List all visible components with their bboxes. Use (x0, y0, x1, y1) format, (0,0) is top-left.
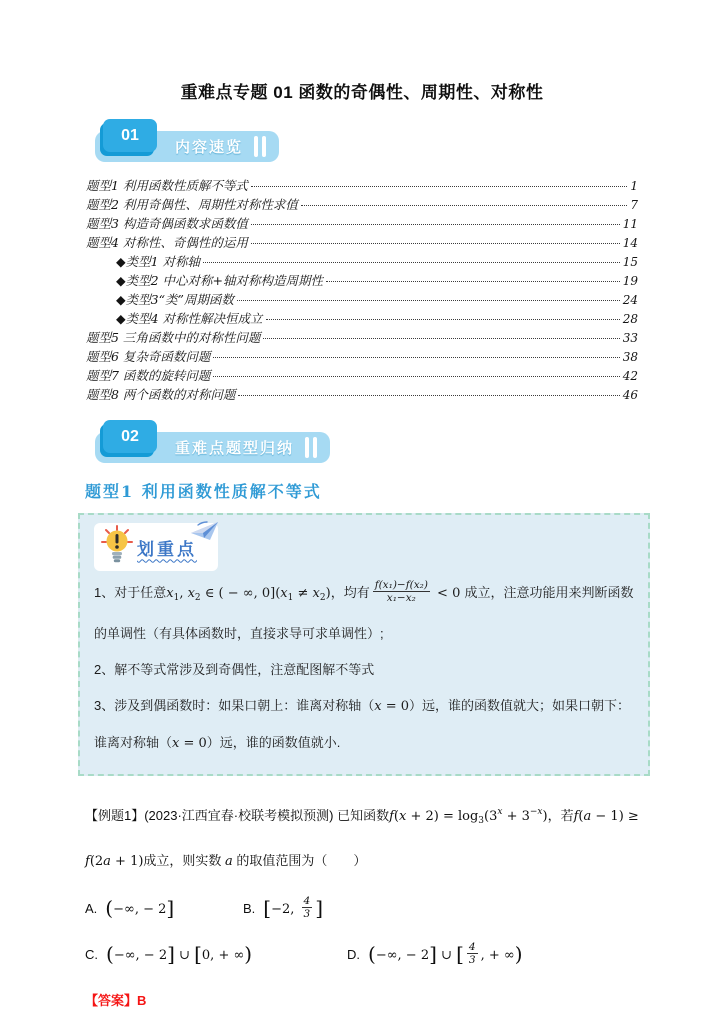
keypoints-box: 划重点 1、对于任意x1, x2 ∈ ( − ∞, 0](x1 ≠ x2)，均有… (78, 513, 650, 776)
toc-page-number: 11 (623, 217, 638, 231)
toc-page-number: 15 (623, 255, 638, 269)
paper-plane-icon (190, 519, 220, 548)
toc-entry[interactable]: ◆类型4 对称性解决恒成立 28 (86, 309, 638, 328)
toc-entry[interactable]: 题型4 对称性、奇偶性的运用 14 (86, 233, 638, 252)
toc-dot-leader (266, 319, 620, 320)
toc-entry-label: 题型6 复杂奇函数问题 (86, 347, 210, 365)
toc-dot-leader (251, 186, 627, 187)
answer-value: B (137, 993, 146, 1008)
toc-entry[interactable]: 题型8 两个函数的对称问题 46 (86, 385, 638, 404)
banner-content-overview: 01 内容速览 (95, 119, 279, 162)
section-heading: 题型1 利用函数性质解不等式 (85, 479, 724, 502)
options-row-2: C.(−∞, − 2] ∪ [0, + ∞) D.(−∞, − 2] ∪ [43… (85, 932, 639, 978)
banner-topic-summary: 02 重难点题型归纳 (95, 420, 330, 463)
toc-entry[interactable]: ◆类型2 中心对称+轴对称构造周期性 19 (86, 271, 638, 290)
toc-dot-leader (203, 262, 620, 263)
answer-prefix: 【答案】 (85, 993, 137, 1008)
toc-dot-leader (251, 224, 620, 225)
keypoint-2: 2、解不等式常涉及到奇偶性，注意配图解不等式 (94, 652, 634, 688)
banner-number-badge: 01 (103, 119, 157, 152)
toc-entry-label: ◆类型1 对称轴 (116, 252, 200, 270)
banner-stripes-icon (305, 437, 317, 458)
option-a: A.(−∞, − 2] (85, 886, 243, 932)
toc-entry-label: 题型1 利用函数性质解不等式 (86, 176, 248, 194)
toc-dot-leader (238, 395, 619, 396)
toc-entry[interactable]: 题型6 复杂奇函数问题 38 (86, 347, 638, 366)
toc-page-number: 19 (623, 274, 638, 288)
toc-entry-label: ◆类型4 对称性解决恒成立 (116, 309, 263, 327)
toc-dot-leader (263, 338, 619, 339)
keypoints-text: 1、对于任意x1, x2 ∈ ( − ∞, 0](x1 ≠ x2)，均有f(x₁… (94, 575, 634, 762)
toc-entry[interactable]: ◆类型1 对称轴 15 (86, 252, 638, 271)
option-c: C.(−∞, − 2] ∪ [0, + ∞) (85, 932, 347, 978)
lightbulb-icon (100, 524, 134, 571)
toc-entry-label: 题型7 函数的旋转问题 (86, 366, 210, 384)
toc-entry-label: 题型2 利用奇偶性、周期性对称性求值 (86, 195, 298, 213)
toc-dot-leader (237, 300, 620, 301)
toc-entry-label: ◆类型3“类”周期函数 (116, 290, 234, 308)
toc-entry-label: ◆类型2 中心对称+轴对称构造周期性 (116, 271, 323, 289)
example-problem: 【例题1】(2023·江西宜春·校联考模拟预测) 已知函数f(x + 2) = … (85, 792, 639, 882)
toc-page-number: 46 (623, 388, 638, 402)
toc-entry[interactable]: 题型3 构造奇偶函数求函数值 11 (86, 214, 638, 233)
table-of-contents: 题型1 利用函数性质解不等式 1 题型2 利用奇偶性、周期性对称性求值 7 题型… (86, 176, 638, 404)
toc-entry[interactable]: 题型2 利用奇偶性、周期性对称性求值 7 (86, 195, 638, 214)
toc-dot-leader (213, 376, 619, 377)
toc-entry-label: 题型4 对称性、奇偶性的运用 (86, 233, 248, 251)
toc-entry[interactable]: 题型7 函数的旋转问题 42 (86, 366, 638, 385)
keypoints-badge: 划重点 (94, 523, 218, 571)
toc-entry-label: 题型3 构造奇偶函数求函数值 (86, 214, 248, 232)
toc-page-number: 33 (623, 331, 638, 345)
toc-entry[interactable]: ◆类型3“类”周期函数 24 (86, 290, 638, 309)
toc-entry-label: 题型8 两个函数的对称问题 (86, 385, 235, 403)
options-row-1: A.(−∞, − 2] B.[−2, 43] (85, 886, 639, 932)
toc-entry-label: 题型5 三角函数中的对称性问题 (86, 328, 260, 346)
toc-dot-leader (301, 205, 627, 206)
answer-line: 【答案】B (85, 990, 639, 1009)
toc-entry[interactable]: 题型5 三角函数中的对称性问题 33 (86, 328, 638, 347)
keypoint-3: 3、涉及到偶函数时：如果口朝上：谁离对称轴（x = 0）远，谁的函数值就大；如果… (94, 688, 634, 762)
toc-entry[interactable]: 题型1 利用函数性质解不等式 1 (86, 176, 638, 195)
answer-options: A.(−∞, − 2] B.[−2, 43] C.(−∞, − 2] ∪ [0,… (85, 886, 639, 978)
toc-page-number: 1 (630, 179, 638, 193)
keypoints-badge-label: 划重点 (137, 535, 197, 560)
toc-dot-leader (251, 243, 620, 244)
toc-dot-leader (326, 281, 620, 282)
toc-page-number: 7 (630, 198, 638, 212)
toc-page-number: 42 (623, 369, 638, 383)
page-title: 重难点专题 01 函数的奇偶性、周期性、对称性 (0, 0, 724, 103)
option-b: B.[−2, 43] (243, 886, 323, 932)
toc-page-number: 14 (623, 236, 638, 250)
option-d: D.(−∞, − 2] ∪ [43, + ∞) (347, 932, 523, 978)
banner-number-badge: 02 (103, 420, 157, 453)
toc-page-number: 24 (623, 293, 638, 307)
keypoint-1: 1、对于任意x1, x2 ∈ ( − ∞, 0](x1 ≠ x2)，均有f(x₁… (94, 575, 634, 652)
toc-dot-leader (213, 357, 619, 358)
banner-stripes-icon (254, 136, 266, 157)
toc-page-number: 28 (623, 312, 638, 326)
document-page: 重难点专题 01 函数的奇偶性、周期性、对称性 01 内容速览 题型1 利用函数… (0, 0, 724, 1024)
toc-page-number: 38 (623, 350, 638, 364)
banner-label: 内容速览 (175, 136, 243, 157)
banner-label: 重难点题型归纳 (175, 437, 294, 458)
